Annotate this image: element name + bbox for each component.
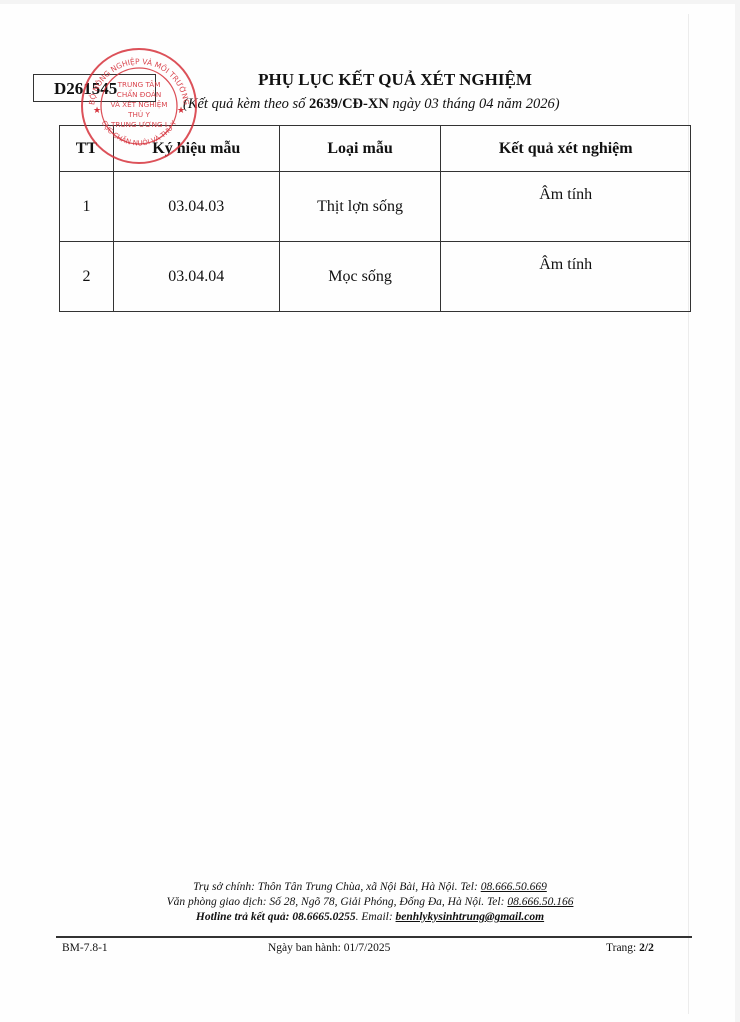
cell-sample-type: Mọc sống: [279, 242, 441, 312]
official-stamp: BỘ NÔNG NGHIỆP VÀ MÔI TRƯỜNG CỤC CHĂN NU…: [80, 47, 198, 165]
office-address: Văn phòng giao dịch: Số 28, Ngõ 78, Giải…: [0, 895, 740, 910]
hq-tel: 08.666.50.669: [481, 881, 547, 893]
cell-result: Âm tính: [441, 172, 691, 242]
svg-text:★: ★: [93, 105, 101, 115]
cell-sample-code: 03.04.03: [113, 172, 279, 242]
email-link[interactable]: benhlykysinhtrung@gmail.com: [396, 911, 545, 923]
stamp-line: TRUNG TÂM: [117, 80, 161, 89]
issue-date: Ngày ban hành: 01/7/2025: [268, 942, 390, 954]
table-row: 2 03.04.04 Mọc sống Âm tính: [60, 242, 691, 312]
footer-address: Trụ sở chính: Thôn Tân Trung Chùa, xã Nộ…: [0, 880, 740, 925]
table-row: 1 03.04.03 Thịt lợn sống Âm tính: [60, 172, 691, 242]
stamp-line: VÀ XÉT NGHIỆM: [110, 100, 167, 109]
cell-tt: 1: [60, 172, 114, 242]
cell-sample-type: Thịt lợn sống: [279, 172, 441, 242]
header-result: Kết quả xét nghiệm: [441, 126, 691, 172]
svg-text:★: ★: [177, 105, 185, 115]
footer-rule: [56, 936, 692, 938]
stamp-line: CHẨN ĐOÁN: [117, 89, 161, 99]
office-tel: 08.666.50.166: [507, 896, 573, 908]
document-subtitle: (Kết quả kèm theo số 2639/CĐ-XN ngày 03 …: [183, 96, 560, 113]
hq-address: Trụ sở chính: Thôn Tân Trung Chùa, xã Nộ…: [0, 880, 740, 895]
header-sample-type: Loại mẫu: [279, 126, 441, 172]
page-number: Trang: 2/2: [606, 942, 654, 954]
subtitle-suffix: ngày 03 tháng 04 năm 2026): [389, 96, 560, 112]
form-code: BM-7.8-1: [62, 942, 108, 954]
stamp-line: THÚ Y: [127, 110, 150, 119]
hotline: Hotline trả kết quả: 08.6665.0255. Email…: [0, 910, 740, 925]
cell-result: Âm tính: [441, 242, 691, 312]
cell-tt: 2: [60, 242, 114, 312]
subtitle-number: 2639/CĐ-XN: [309, 96, 389, 112]
stamp-line: TRUNG ƯƠNG I: [110, 120, 167, 129]
cell-sample-code: 03.04.04: [113, 242, 279, 312]
subtitle-prefix: (Kết quả kèm theo số: [183, 96, 309, 112]
